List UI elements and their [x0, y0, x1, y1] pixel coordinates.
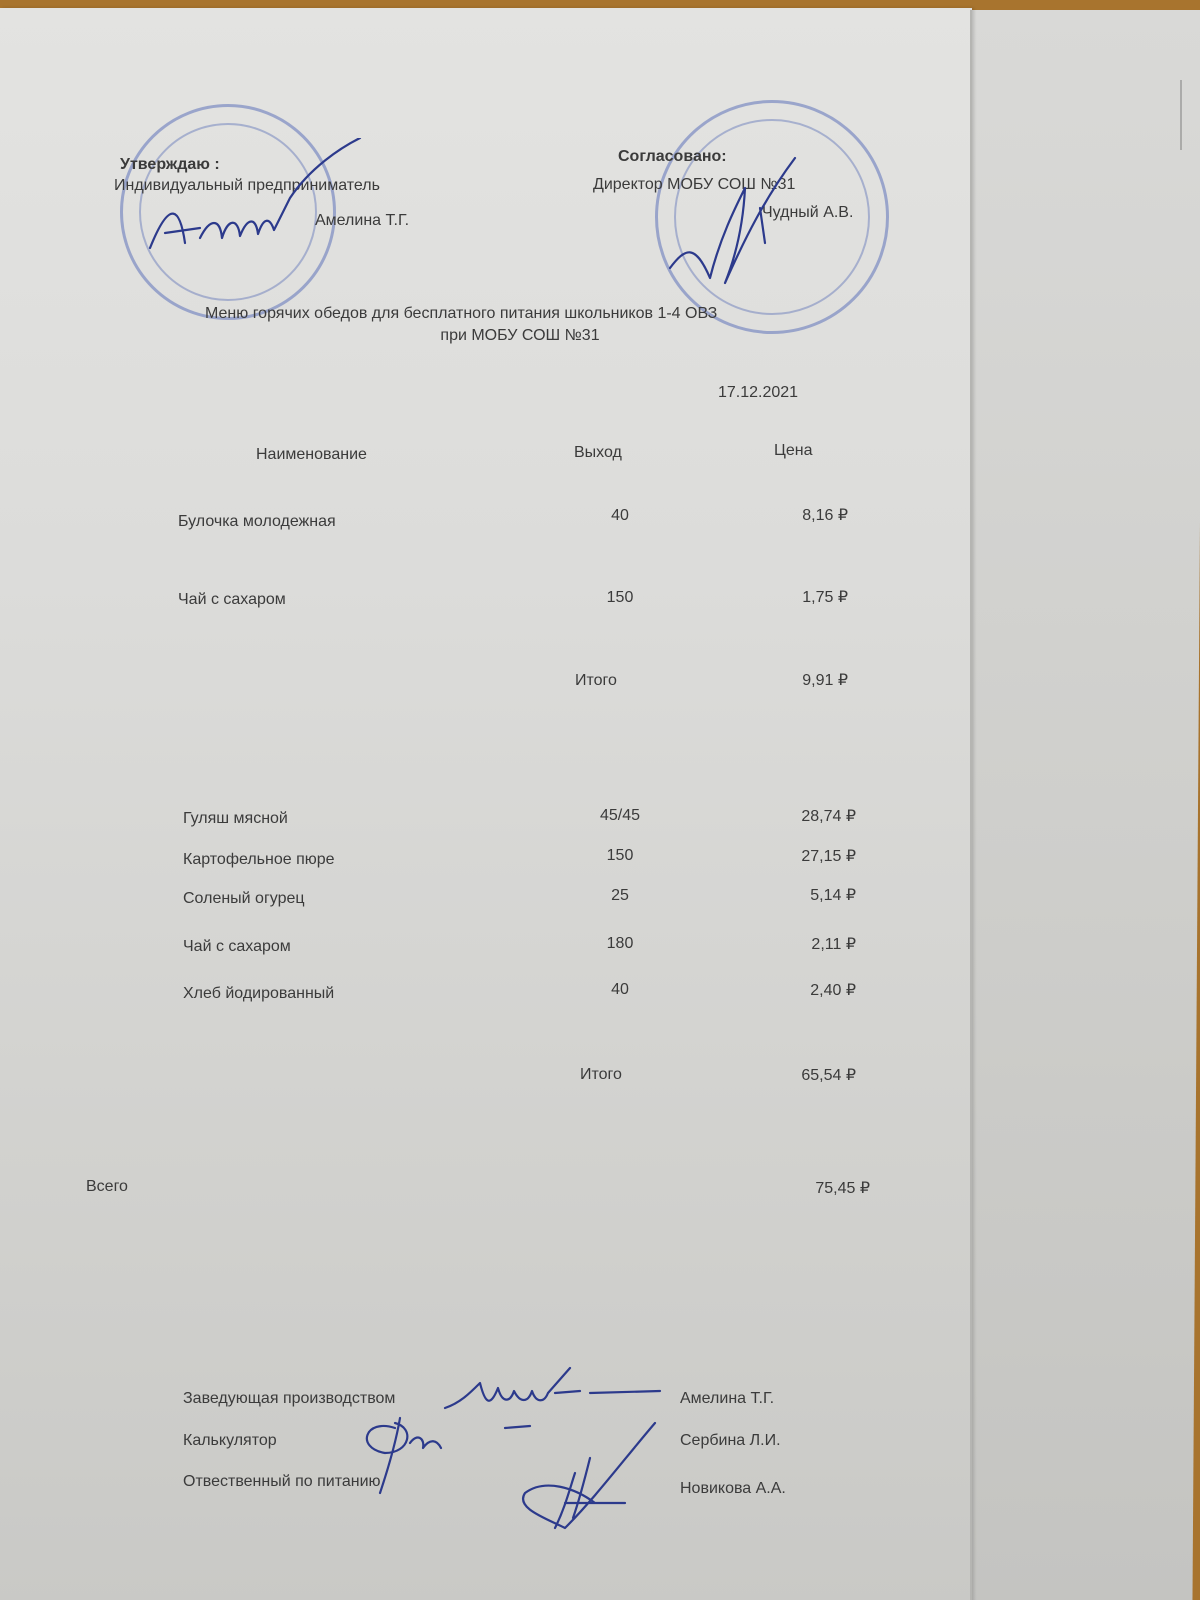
item-price: 5,14 ₽ — [740, 885, 856, 905]
item-price: 1,75 ₽ — [740, 587, 848, 607]
item-yield: 150 — [575, 847, 665, 865]
item-yield: 40 — [580, 507, 660, 525]
signature-chudny-icon — [665, 148, 805, 298]
signature-name: Новикова А.А. — [680, 1480, 786, 1498]
item-name: Чай с сахаром — [183, 938, 291, 956]
signature-role: Заведующая производством — [183, 1390, 395, 1408]
item-price: 27,15 ₽ — [740, 846, 856, 866]
subtotal-label: Итого — [575, 672, 617, 690]
item-name: Булочка молодежная — [178, 513, 336, 531]
page-edge — [970, 10, 972, 1600]
subtotal-value: 65,54 ₽ — [740, 1065, 856, 1085]
item-yield: 45/45 — [575, 807, 665, 825]
item-name: Картофельное пюре — [183, 851, 335, 869]
grand-total-value: 75,45 ₽ — [740, 1178, 870, 1198]
back-sheet — [934, 10, 1200, 1600]
item-price: 2,11 ₽ — [740, 934, 856, 954]
item-price: 28,74 ₽ — [740, 806, 856, 826]
menu-date: 17.12.2021 — [718, 384, 798, 402]
signature-amelina-icon — [140, 138, 370, 268]
signature-name: Амелина Т.Г. — [680, 1390, 774, 1408]
signature-role: Калькулятор — [183, 1432, 277, 1450]
header-yield: Выход — [574, 444, 622, 462]
menu-title: Меню горячих обедов для бесплатного пита… — [205, 305, 717, 323]
item-name: Хлеб йодированный — [183, 985, 334, 1003]
item-yield: 150 — [580, 589, 660, 607]
item-price: 8,16 ₽ — [740, 505, 848, 525]
document-page: Утверждаю : Индивидуальный предпринимате… — [0, 8, 972, 1600]
item-yield: 40 — [575, 981, 665, 999]
header-price: Цена — [774, 442, 812, 460]
subtotal-value: 9,91 ₽ — [740, 670, 848, 690]
item-yield: 180 — [575, 935, 665, 953]
item-price: 2,40 ₽ — [740, 980, 856, 1000]
item-name: Гуляш мясной — [183, 810, 288, 828]
signature-role: Отвественный по питанию — [183, 1473, 381, 1491]
menu-subtitle: при МОБУ СОШ №31 — [360, 327, 680, 345]
signature-nutrition-icon — [505, 1418, 685, 1538]
signature-name: Сербина Л.И. — [680, 1432, 781, 1450]
header-name: Наименование — [256, 446, 367, 464]
item-yield: 25 — [575, 887, 665, 905]
back-sheet-mark — [1180, 80, 1182, 150]
item-name: Соленый огурец — [183, 890, 305, 908]
grand-total-label: Всего — [86, 1178, 128, 1196]
subtotal-label: Итого — [580, 1066, 622, 1084]
item-name: Чай с сахаром — [178, 591, 286, 609]
